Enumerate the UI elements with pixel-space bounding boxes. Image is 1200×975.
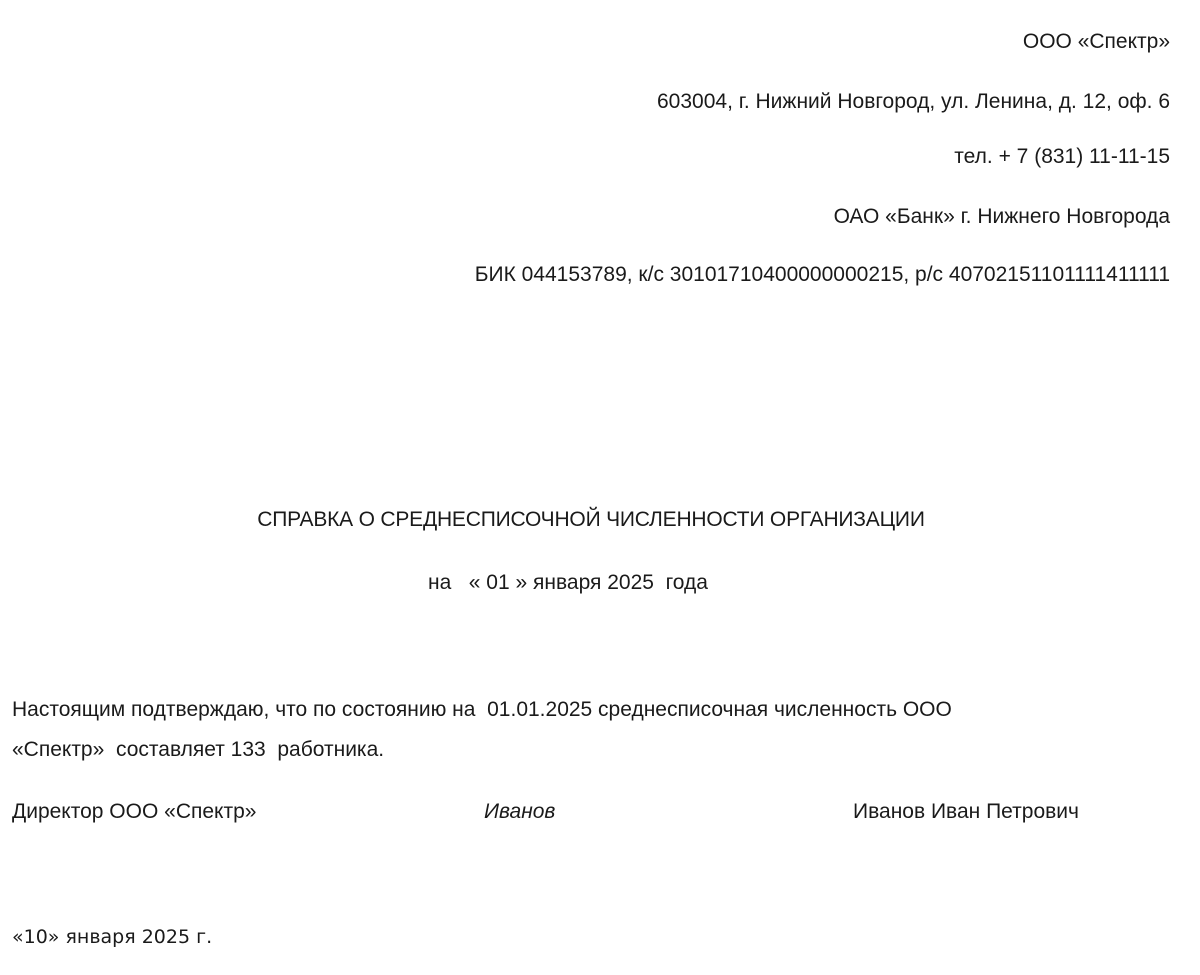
company-name: ООО «Спектр» bbox=[1023, 31, 1170, 52]
document-as-of-date: на « 01 » января 2025 года bbox=[428, 572, 708, 593]
bank-requisites: БИК 044153789, к/с 30101710400000000215,… bbox=[475, 264, 1170, 285]
company-address: 603004, г. Нижний Новгород, ул. Ленина, … bbox=[657, 91, 1170, 112]
body-text-line-1: Настоящим подтверждаю, что по состоянию … bbox=[12, 699, 952, 720]
document-date: «10» января 2025 г. bbox=[12, 928, 212, 947]
signer-full-name: Иванов Иван Петрович bbox=[853, 801, 1079, 822]
document-title: СПРАВКА О СРЕДНЕСПИСОЧНОЙ ЧИСЛЕННОСТИ ОР… bbox=[0, 509, 1182, 530]
signer-position: Директор ООО «Спектр» bbox=[12, 801, 256, 822]
company-phone: тел. + 7 (831) 11-11-15 bbox=[954, 146, 1170, 167]
signer-signature: Иванов bbox=[484, 801, 555, 822]
bank-name: ОАО «Банк» г. Нижнего Новгорода bbox=[834, 206, 1170, 227]
body-text-line-2: «Спектр» составляет 133 работника. bbox=[12, 739, 384, 760]
